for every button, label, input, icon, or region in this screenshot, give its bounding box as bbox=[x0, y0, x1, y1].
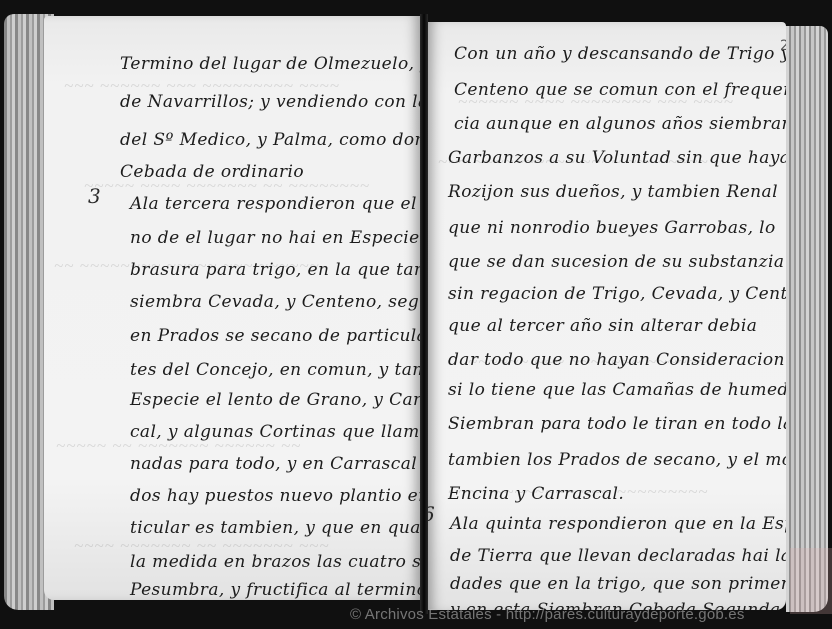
manuscript-line: Rozijon sus dueños, y tambien Renal bbox=[448, 182, 778, 202]
manuscript-line: ticular es tambien, y que en quanto a bbox=[130, 518, 420, 538]
manuscript-line: dades que en la trigo, que son primera bbox=[450, 574, 786, 594]
manuscript-line: Encina y Carrascal. bbox=[448, 484, 624, 504]
manuscript-line: tes del Concejo, en comun, y tambien de bbox=[130, 360, 420, 380]
manuscript-line: brasura para trigo, en la que tambien se bbox=[130, 260, 420, 280]
manuscript-line: en Prados se secano de particulares y bi… bbox=[130, 326, 420, 346]
right-page-edges bbox=[786, 26, 828, 612]
manuscript-line: que ni nonrodio bueyes Garrobas, lo bbox=[448, 218, 776, 238]
manuscript-line: si lo tiene que las Camañas de humedad q… bbox=[448, 380, 786, 400]
manuscript-line: Garbanzos a su Voluntad sin que haya bbox=[448, 148, 786, 168]
manuscript-line: cal, y algunas Cortinas que llaman huert… bbox=[130, 422, 420, 442]
manuscript-line: tambien los Prados de secano, y el monte… bbox=[448, 450, 786, 470]
manuscript-line: Especie el lento de Grano, y Carrascal, bbox=[130, 390, 420, 410]
manuscript-line: no de el lugar no hai en Especie se siem… bbox=[130, 228, 420, 248]
archive-watermark: © Archivos Estatales - http://pares.cult… bbox=[350, 606, 745, 623]
manuscript-line: que al tercer año sin alterar debia bbox=[448, 316, 757, 336]
manuscript-line: Con un año y descansando de Trigo y bbox=[454, 44, 786, 64]
manuscript-line: Cebada de ordinario bbox=[120, 162, 304, 182]
manuscript-line: Siembran para todo le tiran en todo la t… bbox=[448, 414, 786, 434]
manuscript-line: nadas para todo, y en Carrascal en quant… bbox=[130, 454, 420, 474]
book-gutter bbox=[420, 14, 428, 614]
left-page: ~~~ ~~~~~~ ~~~ ~~~~~~~~~ ~~~~ ~~~~~ ~~~~… bbox=[44, 16, 420, 600]
manuscript-line: cia aunque en algunos años siembran bbox=[454, 114, 786, 134]
paragraph-number: 6 bbox=[428, 502, 435, 526]
manuscript-line: que se dan sucesion de su substanzia y bbox=[448, 252, 786, 272]
manuscript-line: Termino del lugar de Olmezuelo, y Reina bbox=[120, 54, 420, 74]
manuscript-line: sin regacion de Trigo, Cevada, y Centeno bbox=[448, 284, 786, 304]
manuscript-line: de Navarrillos; y vendiendo con la Semil… bbox=[120, 92, 420, 112]
archive-stamp-mark bbox=[790, 548, 832, 614]
manuscript-line: Centeno que se comun con el frequen- bbox=[454, 80, 786, 100]
manuscript-line: dos hay puestos nuevo plantio en par- bbox=[130, 486, 420, 506]
manuscript-spread: ~~~ ~~~~~~ ~~~ ~~~~~~~~~ ~~~~ ~~~~~ ~~~~… bbox=[0, 0, 832, 629]
manuscript-line: la medida en brazos las cuatro siguiente… bbox=[130, 552, 420, 572]
manuscript-line: Pesumbra, y fructifica al termino de bbox=[130, 580, 420, 600]
manuscript-line: Ala quinta respondieron que en la Especi… bbox=[450, 514, 786, 534]
manuscript-line: del Sº Medico, y Palma, como donde la bbox=[120, 130, 420, 150]
manuscript-line: siembra Cevada, y Centeno, segun el tant… bbox=[130, 292, 420, 312]
manuscript-line: Ala tercera respondieron que el Termi- bbox=[130, 194, 420, 214]
manuscript-line: dar todo que no hayan Consideracion de l… bbox=[448, 350, 786, 370]
right-page: ~~~~~~ ~~~~ ~~~~~~~~ ~~~ ~~~~ ~~~ ~~~~~~… bbox=[428, 22, 786, 610]
paragraph-number: 3 bbox=[88, 184, 101, 208]
manuscript-line: de Tierra que llevan declaradas hai las … bbox=[450, 546, 786, 566]
